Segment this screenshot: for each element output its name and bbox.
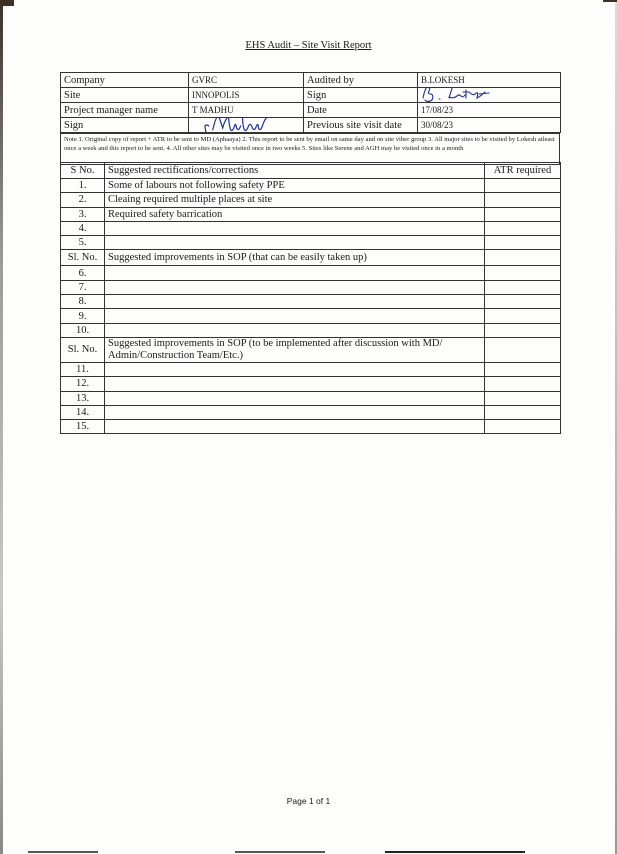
item-text xyxy=(105,295,485,309)
serial-number: 5. xyxy=(61,236,105,250)
item-text xyxy=(105,323,485,337)
atr-cell xyxy=(485,420,561,434)
item-text: Some of labours not following safety PPE xyxy=(105,179,485,193)
atr-required-header: ATR required xyxy=(485,163,561,179)
audit-table: S No.Suggested rectifications/correction… xyxy=(60,162,561,434)
atr-cell xyxy=(485,266,561,280)
section-title: Suggested rectifications/corrections xyxy=(105,163,485,179)
date-label: Date xyxy=(304,103,418,118)
site-value: INNOPOLIS xyxy=(189,88,304,103)
auditor-signature xyxy=(418,88,561,103)
section-header-row: S No.Suggested rectifications/correction… xyxy=(61,163,561,179)
table-row: 12. xyxy=(61,377,561,391)
table-row: 15. xyxy=(61,420,561,434)
item-text: Required safety barrication xyxy=(105,207,485,221)
project-manager-label: Project manager name xyxy=(61,103,189,118)
serial-number: 6. xyxy=(61,266,105,280)
serial-number: 10. xyxy=(61,323,105,337)
page-title: EHS Audit – Site Visit Report xyxy=(0,40,617,51)
atr-cell xyxy=(485,362,561,376)
item-text xyxy=(105,391,485,405)
item-text xyxy=(105,377,485,391)
item-text xyxy=(105,362,485,376)
item-text xyxy=(105,236,485,250)
item-text xyxy=(105,221,485,235)
atr-cell xyxy=(485,309,561,323)
table-row: 8. xyxy=(61,295,561,309)
section-header-row: Sl. No.Suggested improvements in SOP (to… xyxy=(61,337,561,362)
table-row: 11. xyxy=(61,362,561,376)
item-text xyxy=(105,405,485,419)
previous-visit-label: Previous site visit date xyxy=(304,118,418,133)
audited-by-value: B.LOKESH xyxy=(418,73,561,88)
item-text xyxy=(105,309,485,323)
item-text: Cleaing required multiple places at site xyxy=(105,193,485,207)
page-number: Page 1 of 1 xyxy=(0,796,617,806)
scan-edge-bottom xyxy=(235,851,325,853)
atr-cell xyxy=(485,207,561,221)
serial-number-header: Sl. No. xyxy=(61,250,105,266)
scan-edge-top-right xyxy=(603,0,617,2)
audited-by-label: Audited by xyxy=(304,73,418,88)
table-row: 13. xyxy=(61,391,561,405)
section-title: Suggested improvements in SOP (that can … xyxy=(105,250,485,266)
item-text xyxy=(105,280,485,294)
atr-cell xyxy=(485,221,561,235)
table-row: 2.Cleaing required multiple places at si… xyxy=(61,193,561,207)
info-row: Sign Previous site visit date 30/08/23 xyxy=(61,118,561,133)
table-row: 6. xyxy=(61,266,561,280)
serial-number: 3. xyxy=(61,207,105,221)
company-label: Company xyxy=(61,73,189,88)
atr-cell xyxy=(485,193,561,207)
table-row: 10. xyxy=(61,323,561,337)
company-value: GVRC xyxy=(189,73,304,88)
auditor-sign-label: Sign xyxy=(304,88,418,103)
scan-edge-bottom xyxy=(28,851,98,853)
table-row: 9. xyxy=(61,309,561,323)
table-row: 3.Required safety barrication xyxy=(61,207,561,221)
table-row: 14. xyxy=(61,405,561,419)
table-row: 4. xyxy=(61,221,561,235)
project-manager-value: T MADHU xyxy=(189,103,304,118)
table-row: 5. xyxy=(61,236,561,250)
header-info-table: Company GVRC Audited by B.LOKESH Site IN… xyxy=(60,72,561,133)
serial-number: 14. xyxy=(61,405,105,419)
date-value: 17/08/23 xyxy=(418,103,561,118)
section-header-row: Sl. No.Suggested improvements in SOP (th… xyxy=(61,250,561,266)
atr-required-header xyxy=(485,337,561,362)
serial-number: 12. xyxy=(61,377,105,391)
serial-number: 13. xyxy=(61,391,105,405)
table-row: 1.Some of labours not following safety P… xyxy=(61,179,561,193)
item-text xyxy=(105,266,485,280)
item-text xyxy=(105,420,485,434)
auditor-signature-icon xyxy=(418,88,560,103)
atr-cell xyxy=(485,236,561,250)
serial-number: 8. xyxy=(61,295,105,309)
atr-cell xyxy=(485,377,561,391)
note-text: Note 1. Original copy of report + ATR to… xyxy=(61,134,560,165)
serial-number: 4. xyxy=(61,221,105,235)
pm-signature xyxy=(189,118,304,133)
serial-number: 2. xyxy=(61,193,105,207)
info-row: Company GVRC Audited by B.LOKESH xyxy=(61,73,561,88)
atr-cell xyxy=(485,280,561,294)
table-row: 7. xyxy=(61,280,561,294)
atr-cell xyxy=(485,405,561,419)
scan-edge-top-left xyxy=(0,0,14,6)
serial-number: 7. xyxy=(61,280,105,294)
atr-cell xyxy=(485,295,561,309)
section-title: Suggested improvements in SOP (to be imp… xyxy=(105,337,485,362)
serial-number: 11. xyxy=(61,362,105,376)
scan-edge-bottom xyxy=(385,851,525,853)
serial-number-header: S No. xyxy=(61,163,105,179)
scan-edge-left xyxy=(0,0,3,854)
atr-required-header xyxy=(485,250,561,266)
info-row: Site INNOPOLIS Sign xyxy=(61,88,561,103)
atr-cell xyxy=(485,391,561,405)
serial-number-header: Sl. No. xyxy=(61,337,105,362)
pm-signature-icon xyxy=(189,118,303,133)
pm-sign-label: Sign xyxy=(61,118,189,133)
serial-number: 15. xyxy=(61,420,105,434)
atr-cell xyxy=(485,179,561,193)
info-row: Project manager name T MADHU Date 17/08/… xyxy=(61,103,561,118)
note-table: Note 1. Original copy of report + ATR to… xyxy=(60,133,560,165)
previous-visit-value: 30/08/23 xyxy=(418,118,561,133)
serial-number: 1. xyxy=(61,179,105,193)
atr-cell xyxy=(485,323,561,337)
serial-number: 9. xyxy=(61,309,105,323)
site-label: Site xyxy=(61,88,189,103)
